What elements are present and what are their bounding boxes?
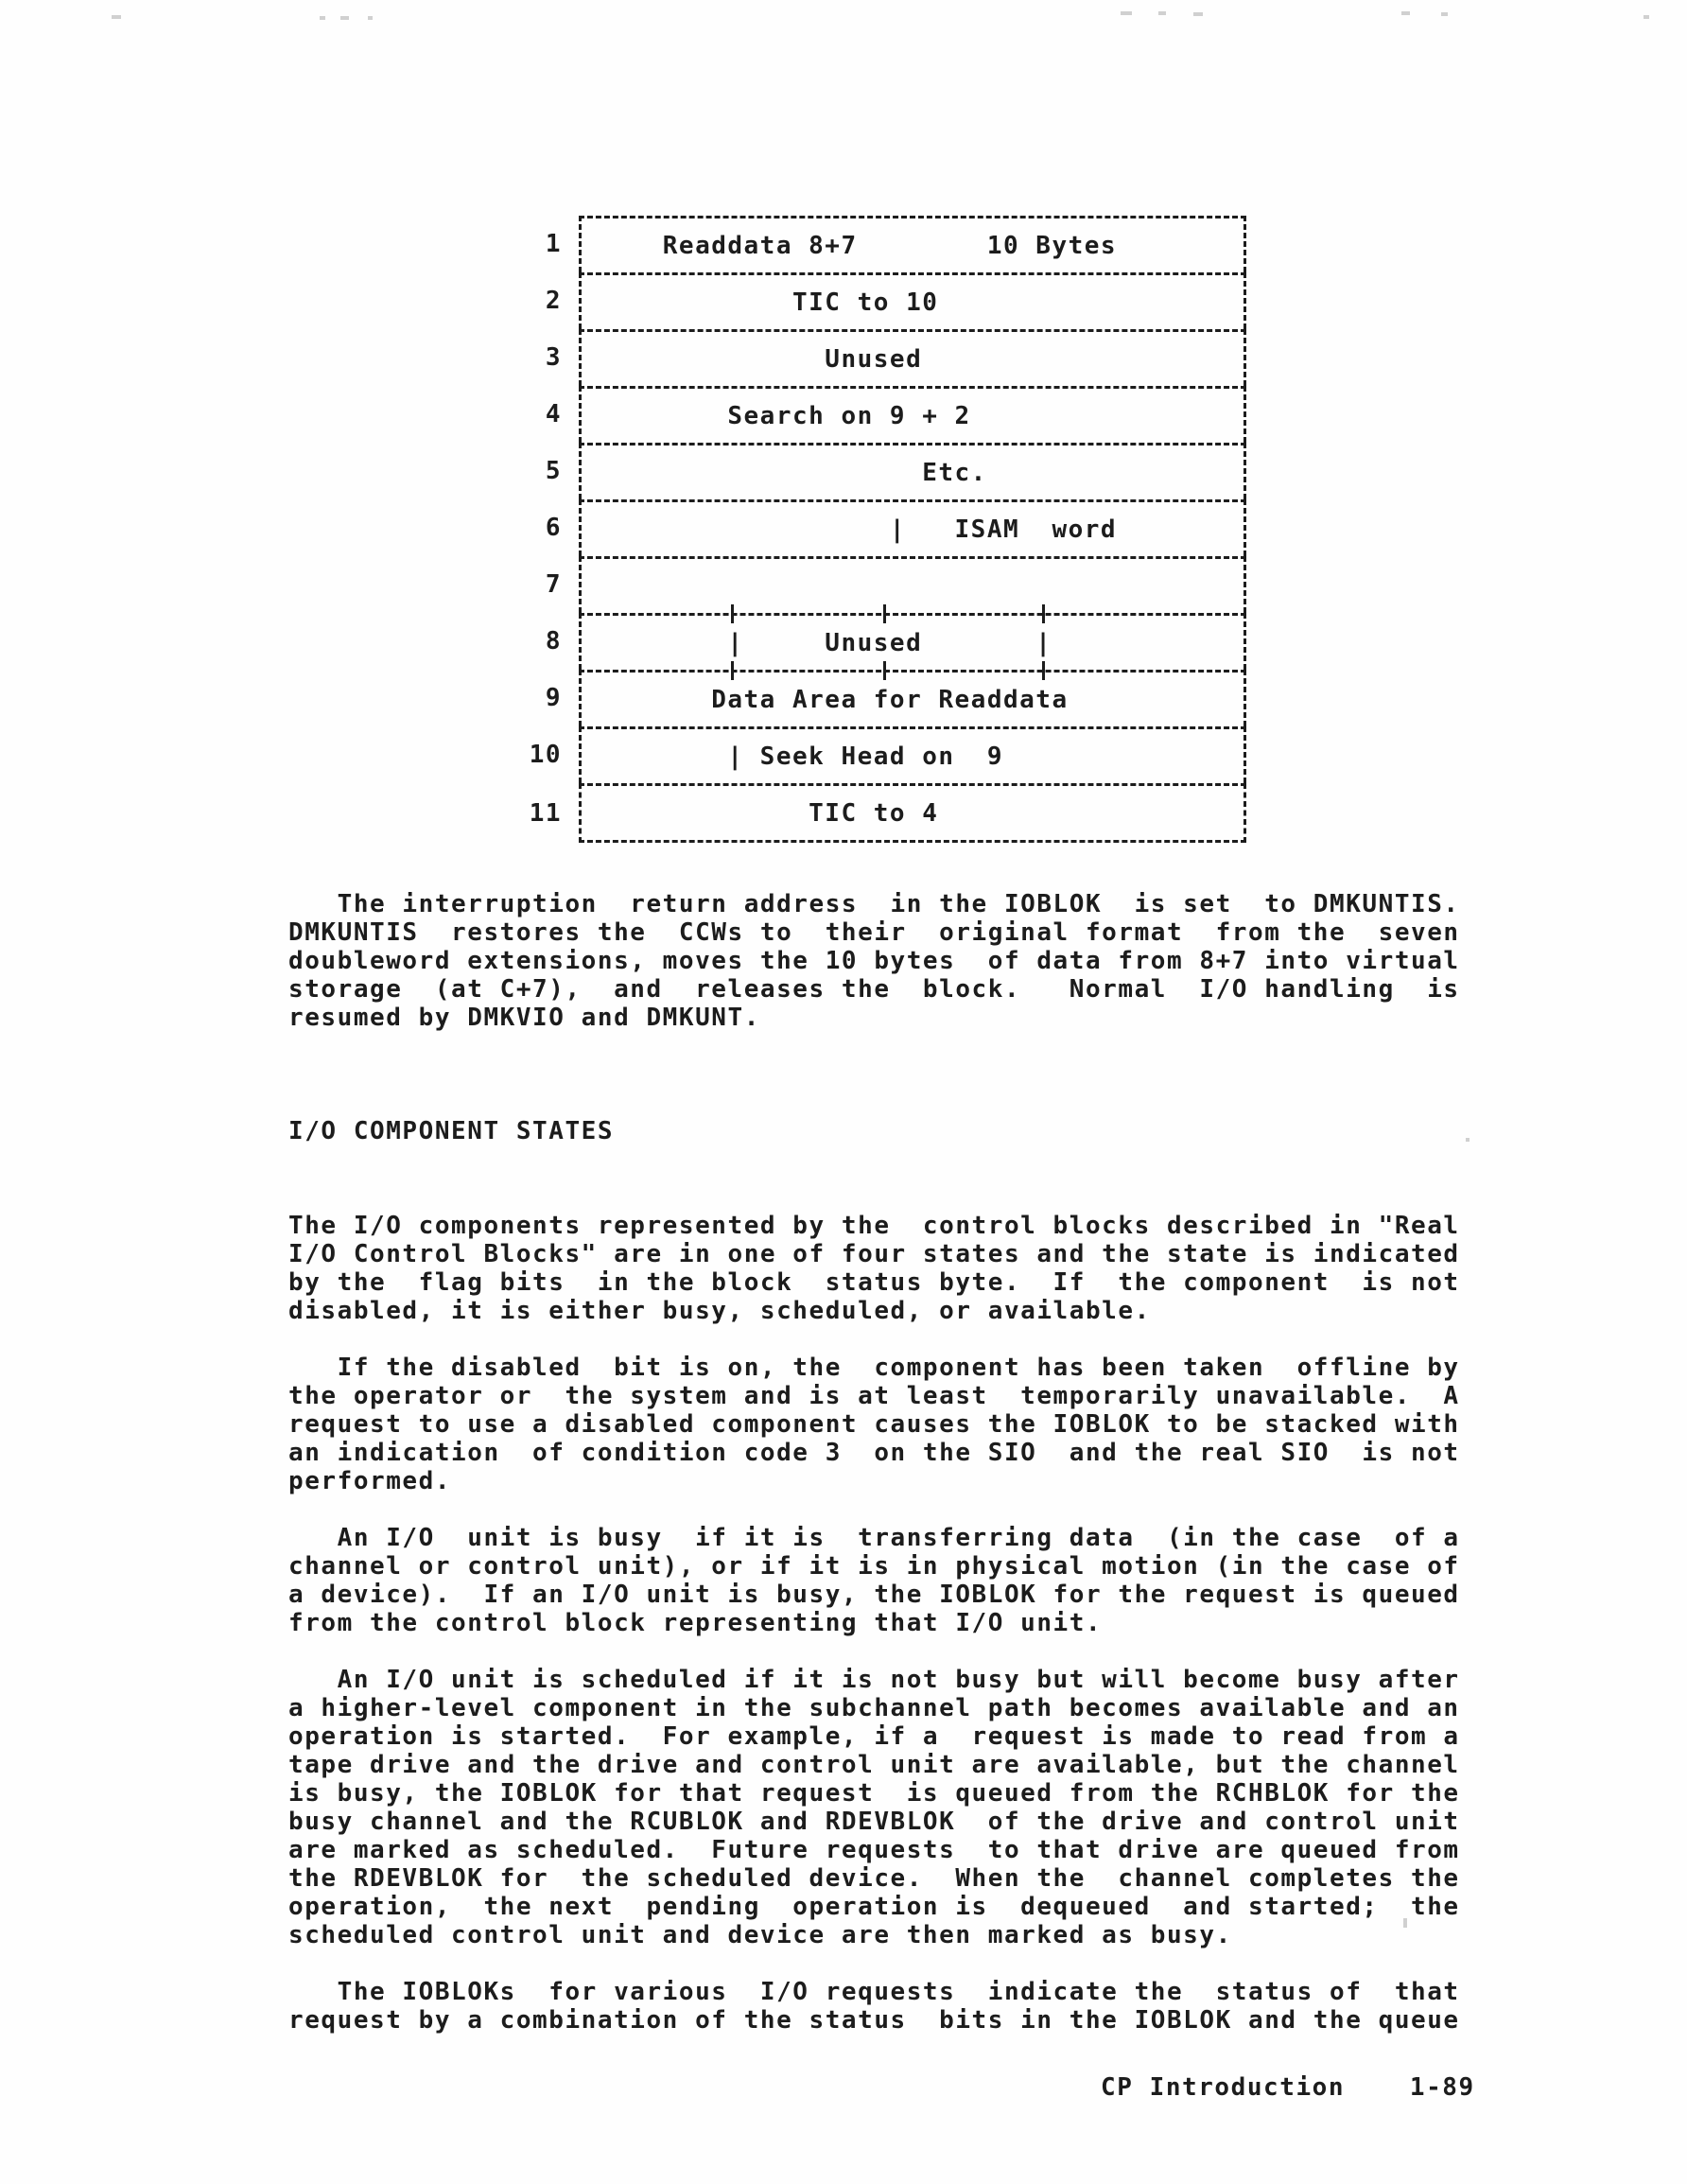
scan-speck [1441, 12, 1448, 16]
separator-tick [883, 604, 886, 623]
diagram-row: 9 Data Area for Readdata [511, 670, 1246, 726]
row-number: 10 [511, 726, 579, 783]
diagram-row: 3 Unused [511, 329, 1246, 386]
ccw-chain-diagram: 1 Readdata 8+7 10 Bytes 2 TIC to 10 3 Un… [511, 216, 1246, 843]
row-cell: TIC to 10 [579, 272, 1246, 329]
paragraph-disabled-bit: If the disabled bit is on, the component… [288, 1354, 1460, 1495]
scan-speck [1401, 11, 1410, 15]
scan-speck [1466, 1138, 1470, 1142]
row-cell: Data Area for Readdata [579, 670, 1246, 726]
separator-tick [883, 661, 886, 680]
scan-speck [1644, 15, 1649, 19]
diagram-row: 2 TIC to 10 [511, 272, 1246, 329]
diagram-row: 11 TIC to 4 [511, 783, 1246, 843]
scanned-manual-page: { "diagram": { "rows": [ { "num": "1", "… [0, 0, 1687, 2184]
row-number: 5 [511, 443, 579, 499]
diagram-row: 4 Search on 9 + 2 [511, 386, 1246, 443]
diagram-row: 10 | Seek Head on 9 [511, 726, 1246, 783]
row-cell: | Unused | [579, 613, 1246, 670]
paragraph-interruption-return: The interruption return address in the I… [288, 890, 1460, 1032]
row-number: 3 [511, 329, 579, 386]
row-cell-text: | Unused | [582, 629, 1052, 657]
row-cell: Unused [579, 329, 1246, 386]
row-number: 7 [511, 556, 579, 613]
separator-tick [1042, 661, 1045, 680]
paragraph-io-unit-scheduled: An I/O unit is scheduled if it is not bu… [288, 1666, 1460, 1949]
row-number: 8 [511, 613, 579, 670]
separator-tick [731, 661, 734, 680]
paragraph-io-components: The I/O components represented by the co… [288, 1212, 1460, 1325]
section-heading: I/O COMPONENT STATES [288, 1117, 1460, 1145]
row-cell: Etc. [579, 443, 1246, 499]
separator-tick [731, 604, 734, 623]
scan-speck [1193, 12, 1203, 16]
scan-speck [1121, 11, 1132, 15]
diagram-row: 1 Readdata 8+7 10 Bytes [511, 216, 1246, 272]
scan-speck [1158, 11, 1166, 15]
paragraph-io-unit-busy: An I/O unit is busy if it is transferrin… [288, 1524, 1460, 1637]
scan-speck [112, 15, 121, 19]
scan-speck [1403, 1918, 1407, 1928]
diagram-row: 7 [511, 556, 1246, 613]
scan-speck [340, 16, 349, 20]
row-cell: | ISAM word [579, 499, 1246, 556]
row-cell: TIC to 4 [579, 783, 1246, 843]
row-number: 2 [511, 272, 579, 329]
row-number: 1 [511, 216, 579, 272]
separator-tick [1042, 604, 1045, 623]
paragraph-iobloks-status: The IOBLOKs for various I/O requests ind… [288, 1978, 1460, 2035]
row-cell: Readdata 8+7 10 Bytes [579, 216, 1246, 272]
row-number: 6 [511, 499, 579, 556]
diagram-row: 8 | Unused | [511, 613, 1246, 670]
page-footer: CP Introduction 1-89 [1101, 2073, 1475, 2102]
body-text: The interruption return address in the I… [288, 890, 1460, 2063]
row-number: 9 [511, 670, 579, 726]
scan-speck [320, 16, 325, 20]
row-cell [579, 556, 1246, 613]
row-cell: | Seek Head on 9 [579, 726, 1246, 783]
diagram-row: 5 Etc. [511, 443, 1246, 499]
row-cell: Search on 9 + 2 [579, 386, 1246, 443]
row-cell-text: Data Area for Readdata [582, 686, 1069, 714]
row-number: 4 [511, 386, 579, 443]
diagram-row: 6 | ISAM word [511, 499, 1246, 556]
scan-speck [368, 16, 373, 20]
row-number: 11 [511, 783, 579, 843]
